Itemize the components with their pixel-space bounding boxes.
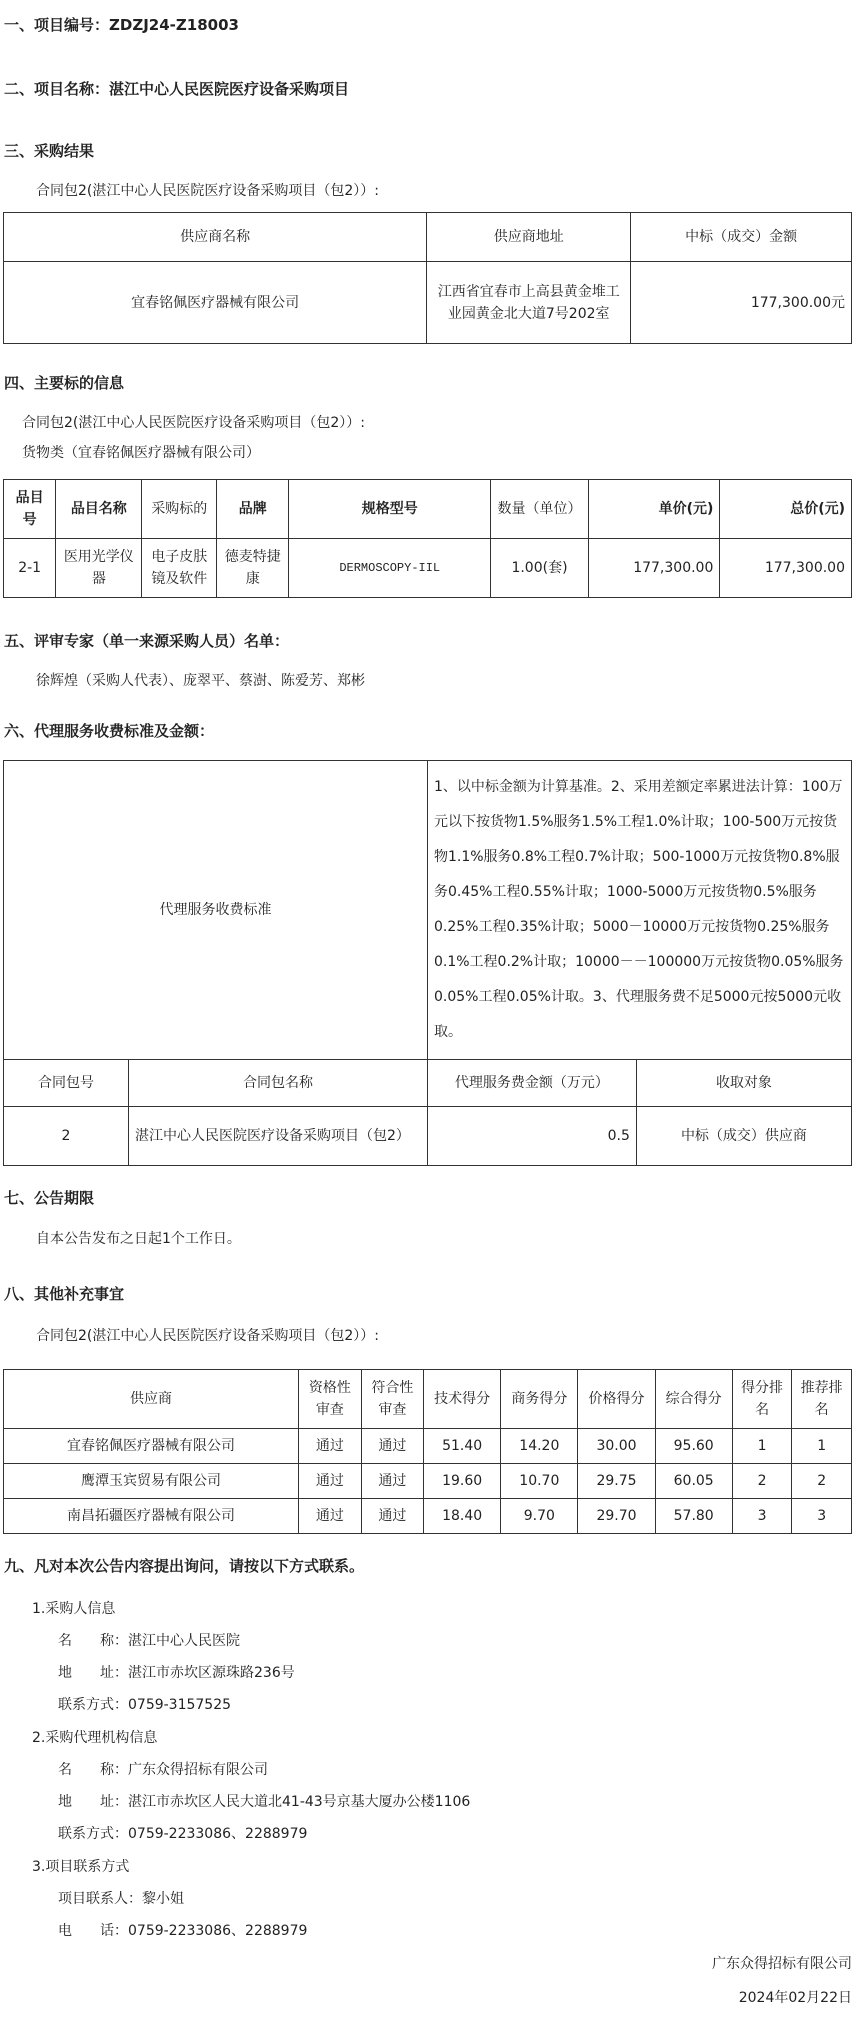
biz-score: 10.70	[501, 1464, 578, 1499]
recommend-rank: 2	[792, 1464, 852, 1499]
other-matters-heading: 八、其他补充事宜	[4, 1283, 124, 1304]
table-row: 宜春铭佩医疗器械有限公司 江西省宜春市上高县黄金堆工业园黄金北大道7号202室 …	[4, 262, 852, 344]
total-score: 95.60	[655, 1429, 732, 1464]
total-score: 60.05	[655, 1464, 732, 1499]
price-score: 29.70	[578, 1499, 655, 1534]
header-conformity: 符合性审查	[361, 1370, 424, 1429]
total-score: 57.80	[655, 1499, 732, 1534]
header-total-score: 综合得分	[655, 1370, 732, 1429]
subject-table: 品目号 品目名称 采购标的 品牌 规格型号 数量（单位） 单价(元) 总价(元)…	[3, 479, 852, 598]
purchaser-address: 地 址：湛江市赤坎区源珠路236号	[58, 1662, 295, 1682]
qualification: 通过	[299, 1464, 362, 1499]
recommend-rank: 1	[792, 1429, 852, 1464]
table-row: 2-1 医用光学仪器 电子皮肤镜及软件 德麦特捷康 DERMOSCOPY-IIL…	[4, 539, 852, 598]
main-subject-heading: 四、主要标的信息	[4, 372, 124, 393]
table-row: 南昌拓疆医疗器械有限公司 通过 通过 18.40 9.70 29.70 57.8…	[4, 1499, 852, 1534]
notice-period-text: 自本公告发布之日起1个工作日。	[36, 1228, 241, 1248]
agency-fee-table: 代理服务收费标准 1、以中标金额为计算基准。2、采用差额定率累进法计算：100万…	[3, 760, 852, 1166]
award-amount: 177,300.00元	[631, 262, 852, 344]
fee-amount: 0.5	[427, 1107, 636, 1166]
experts-list: 徐辉煌（采购人代表）、庞翠平、蔡澍、陈爱芳、郑彬	[36, 670, 365, 690]
header-qualification: 资格性审查	[299, 1370, 362, 1429]
purchaser-name: 名 称：湛江中心人民医院	[58, 1630, 240, 1650]
conformity: 通过	[361, 1429, 424, 1464]
table-row: 鹰潭玉宾贸易有限公司 通过 通过 19.60 10.70 29.75 60.05…	[4, 1464, 852, 1499]
header-total-price: 总价(元)	[720, 480, 852, 539]
supplier: 鹰潭玉宾贸易有限公司	[4, 1464, 299, 1499]
supplier: 宜春铭佩医疗器械有限公司	[4, 1429, 299, 1464]
score-rank: 3	[732, 1499, 792, 1534]
procurement-result-heading: 三、采购结果	[4, 140, 94, 161]
supplier: 南昌拓疆医疗器械有限公司	[4, 1499, 299, 1534]
recommend-rank: 3	[792, 1499, 852, 1534]
model: DERMOSCOPY-IIL	[289, 539, 491, 598]
package-label: 合同包2(湛江中心人民医院医疗设备采购项目（包2））:	[36, 180, 379, 200]
header-score-rank: 得分排名	[732, 1370, 792, 1429]
tech-score: 18.40	[424, 1499, 501, 1534]
header-supplier: 供应商	[4, 1370, 299, 1429]
quantity: 1.00(套)	[491, 539, 589, 598]
package-name: 湛江中心人民医院医疗设备采购项目（包2）	[129, 1107, 428, 1166]
header-item-name: 品目名称	[56, 480, 142, 539]
package-label: 合同包2(湛江中心人民医院医疗设备采购项目（包2））:	[36, 1325, 379, 1345]
agency-info-title: 2.采购代理机构信息	[32, 1727, 157, 1747]
total-price: 177,300.00	[720, 539, 852, 598]
header-supplier-address: 供应商地址	[427, 213, 631, 262]
header-package-name: 合同包名称	[129, 1060, 428, 1107]
supplier-name: 宜春铭佩医疗器械有限公司	[4, 262, 427, 344]
notice-period-heading: 七、公告期限	[4, 1187, 94, 1208]
item-no: 2-1	[4, 539, 56, 598]
project-contact-title: 3.项目联系方式	[32, 1856, 129, 1876]
tech-score: 19.60	[424, 1464, 501, 1499]
header-biz-score: 商务得分	[501, 1370, 578, 1429]
header-tech-score: 技术得分	[424, 1370, 501, 1429]
payer: 中标（成交）供应商	[636, 1107, 851, 1166]
agency-fee-heading: 六、代理服务收费标准及金额：	[4, 720, 214, 741]
header-item-no: 品目号	[4, 480, 56, 539]
header-supplier-name: 供应商名称	[4, 213, 427, 262]
package-label: 合同包2(湛江中心人民医院医疗设备采购项目（包2））:	[22, 412, 365, 432]
fee-standard-text: 1、以中标金额为计算基准。2、采用差额定率累进法计算：100万元以下按货物1.5…	[427, 761, 851, 1060]
price-score: 29.75	[578, 1464, 655, 1499]
project-number-heading: 一、项目编号：ZDZJ24-Z18003	[4, 14, 239, 35]
score-rank: 1	[732, 1429, 792, 1464]
header-award-amount: 中标（成交）金额	[631, 213, 852, 262]
qualification: 通过	[299, 1499, 362, 1534]
goods-category: 货物类（宜春铭佩医疗器械有限公司）	[22, 442, 260, 462]
fee-standard-label: 代理服务收费标准	[4, 761, 428, 1060]
subject: 电子皮肤镜及软件	[142, 539, 217, 598]
supplier-address: 江西省宜春市上高县黄金堆工业园黄金北大道7号202室	[427, 262, 631, 344]
biz-score: 14.20	[501, 1429, 578, 1464]
biz-score: 9.70	[501, 1499, 578, 1534]
agency-address: 地 址：湛江市赤坎区人民大道北41-43号京基大厦办公楼1106	[58, 1791, 470, 1811]
header-unit-price: 单价(元)	[588, 480, 720, 539]
brand: 德麦特捷康	[217, 539, 289, 598]
table-row: 宜春铭佩医疗器械有限公司 通过 通过 51.40 14.20 30.00 95.…	[4, 1429, 852, 1464]
project-contact-phone: 电 话：0759-2233086、2288979	[58, 1920, 307, 1940]
score-rank: 2	[732, 1464, 792, 1499]
header-package-no: 合同包号	[4, 1060, 129, 1107]
header-price-score: 价格得分	[578, 1370, 655, 1429]
conformity: 通过	[361, 1464, 424, 1499]
evaluation-table: 供应商 资格性审查 符合性审查 技术得分 商务得分 价格得分 综合得分 得分排名…	[3, 1369, 852, 1534]
result-table: 供应商名称 供应商地址 中标（成交）金额 宜春铭佩医疗器械有限公司 江西省宜春市…	[3, 212, 852, 344]
header-recommend-rank: 推荐排名	[792, 1370, 852, 1429]
unit-price: 177,300.00	[588, 539, 720, 598]
tech-score: 51.40	[424, 1429, 501, 1464]
table-row: 2 湛江中心人民医院医疗设备采购项目（包2） 0.5 中标（成交）供应商	[4, 1107, 852, 1166]
header-payer: 收取对象	[636, 1060, 851, 1107]
contact-heading: 九、凡对本次公告内容提出询问，请按以下方式联系。	[4, 1555, 364, 1576]
header-brand: 品牌	[217, 480, 289, 539]
qualification: 通过	[299, 1429, 362, 1464]
project-contact-person: 项目联系人：黎小姐	[58, 1888, 184, 1908]
header-quantity: 数量（单位）	[491, 480, 589, 539]
agency-name: 名 称：广东众得招标有限公司	[58, 1759, 268, 1779]
project-name-heading: 二、项目名称：湛江中心人民医院医疗设备采购项目	[4, 78, 349, 99]
package-no: 2	[4, 1107, 129, 1166]
footer-organization: 广东众得招标有限公司	[712, 1953, 852, 1973]
agency-contact: 联系方式：0759-2233086、2288979	[58, 1823, 307, 1843]
price-score: 30.00	[578, 1429, 655, 1464]
conformity: 通过	[361, 1499, 424, 1534]
purchaser-info-title: 1.采购人信息	[32, 1598, 115, 1618]
header-model: 规格型号	[289, 480, 491, 539]
header-subject: 采购标的	[142, 480, 217, 539]
experts-heading: 五、评审专家（单一来源采购人员）名单：	[4, 630, 289, 651]
footer-date: 2024年02月22日	[739, 1987, 852, 2007]
header-fee-amount: 代理服务费金额（万元）	[427, 1060, 636, 1107]
purchaser-contact: 联系方式：0759-3157525	[58, 1694, 231, 1714]
item-name: 医用光学仪器	[56, 539, 142, 598]
